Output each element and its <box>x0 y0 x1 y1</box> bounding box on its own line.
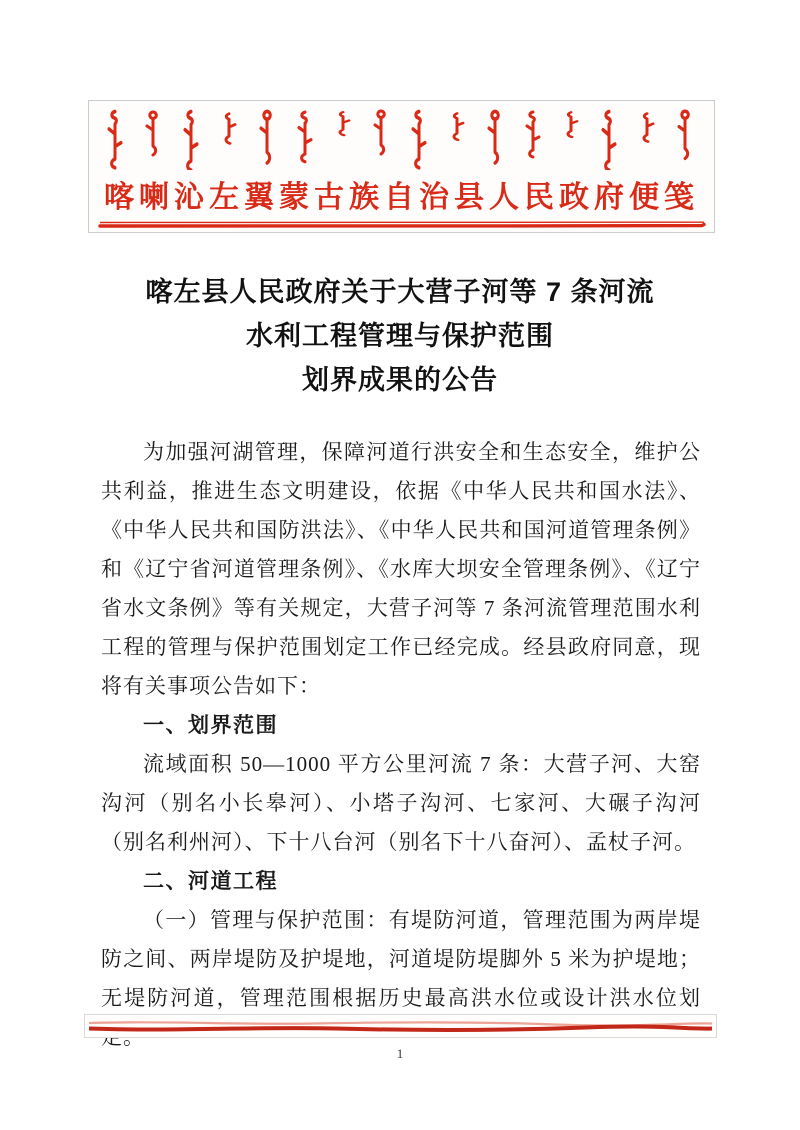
document-body: 为加强河湖管理，保障河道行洪安全和生态安全，维护公共利益，推进生态文明建设，依据… <box>101 433 701 1057</box>
body-paragraph: 流域面积 50—1000 平方公里河流 7 条：大营子河、大窑沟河（别名小长皋河… <box>101 745 701 862</box>
title-line-3: 划界成果的公告 <box>0 358 800 402</box>
page-number: 1 <box>0 1046 800 1062</box>
letterhead-title: 喀喇沁左翼蒙古族自治县人民政府便笺 <box>104 172 699 216</box>
mongolian-script-icon <box>104 108 700 170</box>
section-heading: 二、河道工程 <box>101 862 701 901</box>
letterhead-rule <box>98 221 706 228</box>
document-title: 喀左县人民政府关于大营子河等 7 条河流 水利工程管理与保护范围 划界成果的公告 <box>0 270 800 402</box>
title-line-1: 喀左县人民政府关于大营子河等 7 条河流 <box>0 270 800 314</box>
document-page: 喀喇沁左翼蒙古族自治县人民政府便笺 喀左县人民政府关于大营子河等 7 条河流 水… <box>0 0 800 1130</box>
letterhead-box: 喀喇沁左翼蒙古族自治县人民政府便笺 <box>88 100 715 233</box>
section-heading: 一、划界范围 <box>101 706 701 745</box>
body-paragraph: 为加强河湖管理，保障河道行洪安全和生态安全，维护公共利益，推进生态文明建设，依据… <box>101 433 701 706</box>
footer-rule-band <box>84 1014 717 1038</box>
title-line-2: 水利工程管理与保护范围 <box>0 314 800 358</box>
